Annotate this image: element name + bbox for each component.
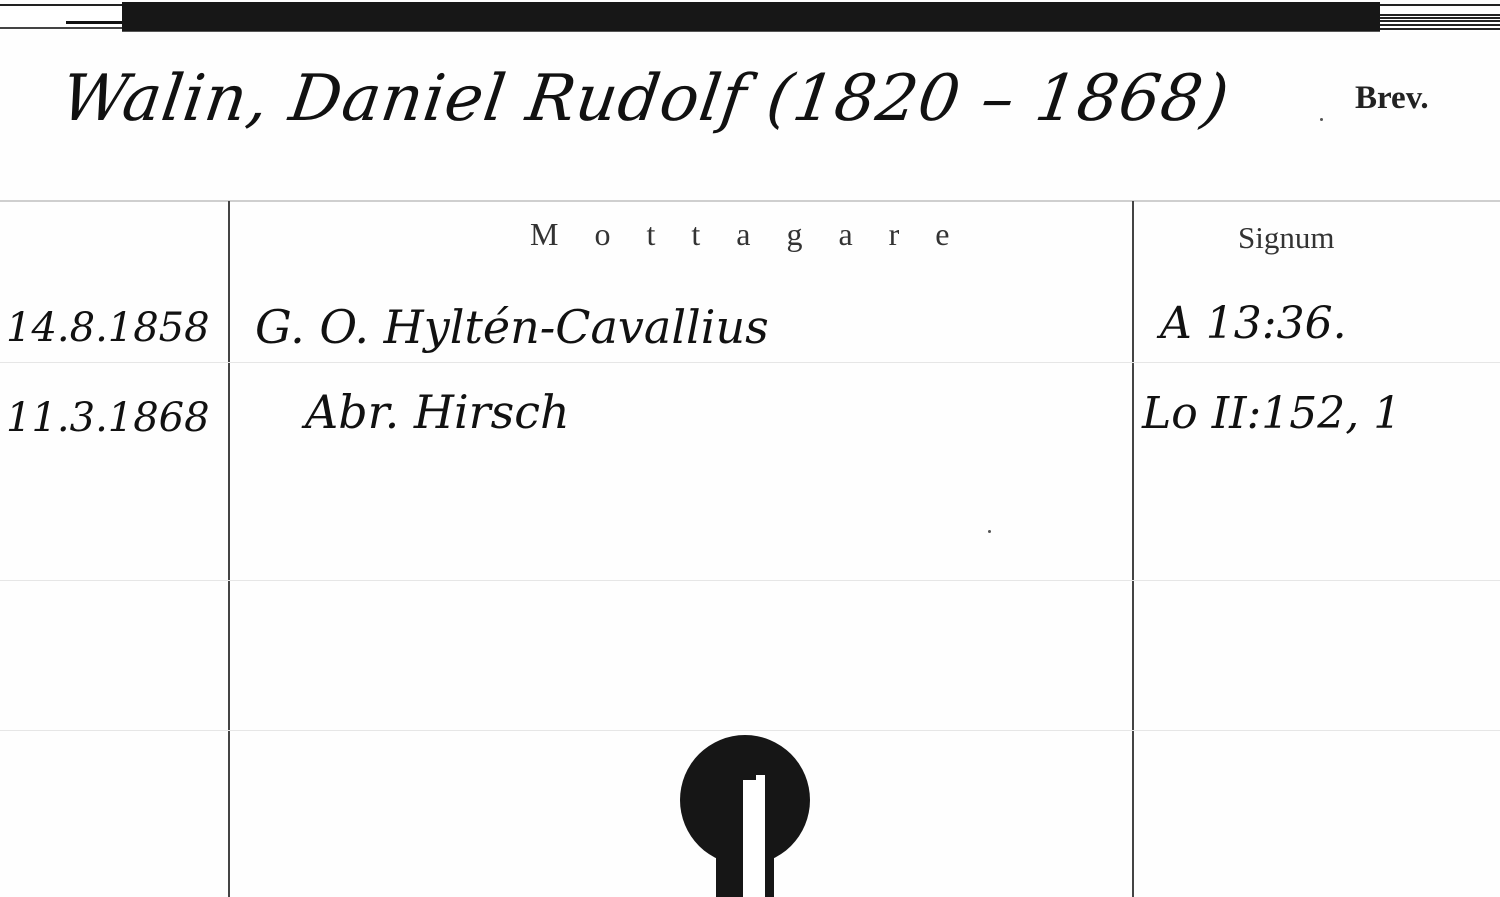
column-header-recipient: M o t t a g a r e	[530, 216, 964, 253]
row-signum: A 13:36.	[1160, 298, 1347, 349]
index-card: Walin, Daniel Rudolf (1820 – 1868) Brev.…	[0, 0, 1500, 897]
column-divider-date	[228, 201, 230, 897]
paper-speck	[988, 530, 991, 533]
punch-hole-slit	[743, 780, 765, 897]
row-recipient: Abr. Hirsch	[305, 385, 570, 439]
category-label: Brev.	[1355, 80, 1429, 117]
scan-top-bar	[122, 2, 1380, 31]
row-date: 11.3.1868	[6, 395, 210, 441]
row-recipient: G. O. Hyltén-Cavallius	[255, 300, 769, 354]
column-divider-signum	[1132, 201, 1134, 897]
row-rule	[0, 730, 1500, 731]
row-date: 14.8.1858	[6, 305, 210, 351]
row-signum: Lo II:152, 1	[1142, 388, 1401, 439]
scan-edge-left	[0, 0, 122, 30]
scan-edge-right	[1380, 0, 1500, 32]
row-rule	[0, 362, 1500, 363]
column-header-signum: Signum	[1238, 220, 1334, 256]
row-rule	[0, 580, 1500, 581]
header-divider	[0, 200, 1500, 202]
card-title: Walin, Daniel Rudolf (1820 – 1868)	[57, 62, 1234, 136]
paper-speck	[1320, 118, 1323, 121]
